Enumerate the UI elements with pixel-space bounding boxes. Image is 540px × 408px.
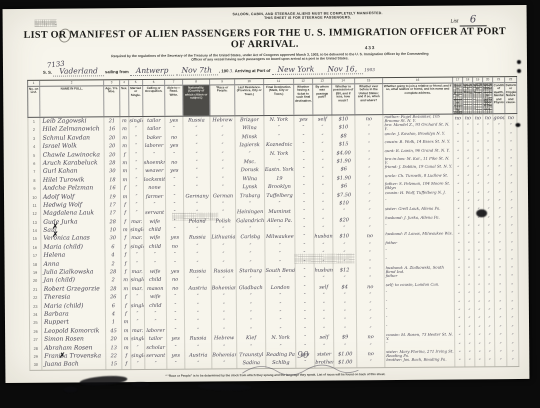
cell: mar. <box>131 268 145 277</box>
cell: ″ <box>296 317 315 326</box>
sailing-date: Nov 7th <box>176 65 218 75</box>
cell: child <box>145 276 167 285</box>
cell: ″ <box>495 341 507 349</box>
cell: 30 <box>30 361 42 369</box>
cell: ″ <box>484 240 494 248</box>
cell: ″ <box>455 307 465 315</box>
arrival-year: 1903 <box>364 67 375 72</box>
cell: ″ <box>484 148 494 156</box>
cell: Gladbach <box>237 284 266 293</box>
cell: 12 <box>29 210 41 218</box>
cell: ″ <box>455 316 465 324</box>
cell: ″ <box>265 133 295 142</box>
cell: no <box>483 114 493 122</box>
cell: ″ <box>184 226 211 235</box>
cell: 15 <box>29 235 41 243</box>
cell: m <box>121 193 130 201</box>
column-number: 17 <box>453 77 463 82</box>
cell: ″ <box>474 249 484 257</box>
cell: ″ <box>506 223 518 231</box>
cell: tailor <box>143 125 165 134</box>
ink-smudge <box>197 383 251 391</box>
cell: 14 <box>29 227 41 235</box>
cell: ″ <box>465 265 475 273</box>
cell: ″ <box>494 181 506 189</box>
cell: 11 <box>29 202 41 210</box>
cell: ″ <box>211 242 236 251</box>
cell: f <box>122 310 131 318</box>
cell: ″ <box>495 257 507 265</box>
cell: ″ <box>507 307 519 315</box>
cell: 45 <box>106 327 122 336</box>
page-title: LIST OR MANIFEST OF ALIEN PASSENGERS FOR… <box>23 26 507 52</box>
cell: 28 <box>106 285 122 294</box>
ink-blot <box>476 209 487 217</box>
cell: 28 <box>105 218 121 227</box>
paper-sheet: SALOON, CABIN, AND STEERAGE ALIENS MUST … <box>3 5 530 383</box>
cell: 22 <box>106 352 122 361</box>
cell: 6 <box>106 302 122 311</box>
cell: Tuffelberg <box>265 191 295 200</box>
cell: ″ <box>474 181 484 189</box>
cell: yes <box>167 352 185 361</box>
ink-dot <box>517 60 521 64</box>
cell: ″ <box>210 125 235 134</box>
cell: ″ <box>145 259 167 268</box>
cell: 1 <box>28 118 40 126</box>
cell: f <box>121 151 130 159</box>
cell: ″ <box>184 150 211 159</box>
cell: ″ <box>130 134 144 143</box>
cell: Bohemian <box>212 284 237 293</box>
cell: ″ <box>295 191 314 200</box>
cell: ″ <box>166 192 184 201</box>
cell: ″ <box>455 265 465 273</box>
cell: ″ <box>211 141 236 150</box>
column-number: 22 <box>505 77 517 82</box>
cell: ″ <box>465 257 475 265</box>
cell: ″ <box>464 232 474 240</box>
cell: ″ <box>465 324 475 332</box>
column-header: Age. Yrs. Mos. <box>104 86 120 116</box>
cell: 24 <box>30 311 42 319</box>
cell: 26 <box>106 293 122 302</box>
cell: Lynsk <box>236 183 265 192</box>
cell: ″ <box>474 139 484 147</box>
cell: ″ <box>483 123 493 131</box>
cell: 4 <box>105 251 121 260</box>
cell: Russia <box>183 116 210 125</box>
cell: N. York <box>265 149 295 158</box>
arriving-label: Arriving at Port of <box>235 68 271 73</box>
cell: child <box>144 226 166 235</box>
cell: ″ <box>167 310 185 319</box>
cell: ″ <box>184 133 211 142</box>
cell: yes <box>294 116 313 125</box>
cell: f <box>122 360 131 368</box>
cell: 29 <box>30 353 42 361</box>
cell: Brizgor <box>235 116 264 125</box>
cell: ″ <box>294 124 313 133</box>
cell: ″ <box>334 300 357 309</box>
cell: ″ <box>184 175 211 184</box>
stamp-smudge <box>294 253 354 263</box>
cell: ″ <box>485 324 495 332</box>
cell: ″ <box>130 251 144 260</box>
cell: f <box>121 184 130 192</box>
cell: $1.90 <box>333 174 356 183</box>
cell: ″ <box>455 341 465 349</box>
cell: 28 <box>106 268 122 277</box>
cell: ″ <box>454 173 464 181</box>
cell: no <box>166 159 184 168</box>
cell: 16 <box>105 184 121 193</box>
cell: ″ <box>166 150 184 159</box>
cell: ″ <box>484 139 494 147</box>
cell: ″ <box>167 326 185 335</box>
cell: ″ <box>356 132 384 141</box>
cell: 30 <box>105 235 121 244</box>
cell: f <box>122 293 131 301</box>
cell: ″ <box>494 190 506 198</box>
cell: ″ <box>184 142 211 151</box>
cell: 6 <box>105 243 121 252</box>
cell: ″ <box>465 316 475 324</box>
cell: ″ <box>475 307 485 315</box>
cell: ″ <box>464 207 474 215</box>
cell: ″ <box>475 332 485 340</box>
cell: ″ <box>474 223 484 231</box>
cell: $12 <box>334 266 357 275</box>
cell: ″ <box>506 181 518 189</box>
cell: ″ <box>185 309 212 318</box>
cell: $4.00 <box>333 149 356 158</box>
cell: $6 <box>333 166 356 175</box>
cell: child <box>144 243 166 252</box>
cell: ″ <box>455 257 465 265</box>
cell: ″ <box>475 316 485 324</box>
column-header: No. on List. <box>28 87 40 117</box>
cell: Russia <box>184 234 211 243</box>
cell: ″ <box>455 324 465 332</box>
cell: 21 <box>30 286 42 294</box>
cell: 5 <box>29 151 41 159</box>
cell: sister <box>315 350 334 359</box>
cell: ″ <box>266 326 296 335</box>
cell: ″ <box>506 139 518 147</box>
cell: ″ <box>296 267 315 276</box>
cell: ″ <box>484 232 494 240</box>
column-number: 10 <box>235 79 264 84</box>
cell: ″ <box>315 300 334 309</box>
cell: ″ <box>474 232 484 240</box>
column-number: 20 <box>483 77 493 82</box>
cell: ″ <box>464 215 474 223</box>
column-header: Ever in prison or almshouse, or supporte… <box>453 83 463 113</box>
cell: $9 <box>334 333 357 342</box>
cell: ″ <box>295 132 314 141</box>
cell: ″ <box>507 257 519 265</box>
cell: m <box>122 318 131 326</box>
cell: 1 <box>106 319 122 328</box>
cell: no <box>166 133 184 142</box>
cell: ″ <box>507 299 519 307</box>
cell: ″ <box>464 223 474 231</box>
cell: ″ <box>494 164 506 172</box>
cell: ″ <box>356 199 384 208</box>
cell: husband <box>315 267 334 276</box>
cell: ″ <box>185 293 212 302</box>
cell: ″ <box>237 317 266 326</box>
cell: ″ <box>295 225 314 234</box>
cell: 6 <box>29 160 41 168</box>
cell: 7 <box>29 168 41 176</box>
cell: $1.00 <box>334 350 357 359</box>
pen-x-mark: ✗ <box>59 352 65 360</box>
cell: Brooklyn <box>265 183 295 192</box>
column-header: Whether in possession of $50, and if les… <box>332 84 355 114</box>
cell: ″ <box>315 292 334 301</box>
cell: ″ <box>333 208 356 217</box>
cell: ″ <box>295 158 314 167</box>
cell: ″ <box>211 150 236 159</box>
cell: ″ <box>314 141 333 150</box>
cell: ″ <box>166 201 184 210</box>
cell: ″ <box>131 318 145 327</box>
cell: no <box>505 114 517 122</box>
cell: wife <box>144 217 166 226</box>
cell: 9 <box>29 185 41 193</box>
cell: f <box>122 260 131 268</box>
cell: $6 <box>333 182 356 191</box>
cell: f <box>121 243 130 251</box>
list-number-value: 6 <box>460 14 486 26</box>
cell: 17 <box>29 252 41 260</box>
cell: ″ <box>166 175 184 184</box>
cell: ″ <box>494 223 506 231</box>
cell: ″ <box>494 240 506 248</box>
cell: ″ <box>334 291 357 300</box>
cell: ″ <box>494 173 506 181</box>
cell: ″ <box>237 343 266 352</box>
cell: 15 <box>106 360 122 369</box>
cell: Carlsbg <box>236 233 265 242</box>
cell: ″ <box>185 301 212 310</box>
cell: ″ <box>266 292 296 301</box>
cell: tailor <box>145 335 167 344</box>
cell: no <box>356 233 384 242</box>
cell: ″ <box>454 148 464 156</box>
cell: ″ <box>145 318 167 327</box>
cell: ″ <box>144 150 166 159</box>
cell: ″ <box>507 324 519 332</box>
cell: no <box>167 284 185 293</box>
cell: ″ <box>131 344 145 353</box>
cell: ″ <box>484 190 494 198</box>
manifest-table: 12345678910111213141516171819202122No. o… <box>27 76 519 371</box>
cell: ″ <box>474 198 484 206</box>
cell: servant <box>145 352 167 361</box>
cell: ″ <box>506 248 518 256</box>
cell: ″ <box>356 182 384 191</box>
column-header: *Race or People. <box>210 85 235 115</box>
cell: ″ <box>296 334 315 343</box>
cell: ″ <box>506 240 518 248</box>
cell: yes <box>166 142 184 151</box>
cell: South Bend <box>266 267 296 276</box>
cell: laborer <box>144 142 166 151</box>
cell: ″ <box>493 123 505 131</box>
cell: shoemkr. <box>144 159 166 168</box>
column-number: 2 <box>40 80 104 86</box>
cell: 2 <box>106 260 122 269</box>
cell: mar. <box>130 218 144 227</box>
cell: ″ <box>145 360 167 369</box>
cell: 19 <box>265 175 295 184</box>
cell: ″ <box>485 274 495 282</box>
cell: m <box>121 167 130 175</box>
column-header: Calling or Occupation. <box>143 86 165 116</box>
cell: ″ <box>295 241 314 250</box>
cell: $15 <box>333 140 356 149</box>
cell: ″ <box>464 240 474 248</box>
cell: London <box>266 284 296 293</box>
cell: ″ <box>211 200 236 209</box>
cell: ″ <box>465 333 475 341</box>
cell: ″ <box>357 358 385 367</box>
cell: ″ <box>265 225 295 234</box>
cell: ″ <box>473 123 483 131</box>
cell: single <box>131 335 145 344</box>
cell: ″ <box>295 183 314 192</box>
cell: no <box>473 114 483 122</box>
cell: ″ <box>484 165 494 173</box>
cell: ″ <box>484 248 494 256</box>
cell: ″ <box>166 251 184 260</box>
column-header: Whether ever before in the United States… <box>355 84 383 114</box>
cell: ″ <box>130 151 144 160</box>
cell: ″ <box>313 124 332 133</box>
cell: single <box>131 276 145 285</box>
cell: ″ <box>265 158 295 167</box>
cell: ″ <box>314 157 333 166</box>
cell: m <box>121 134 130 142</box>
cell: Eastn. York <box>265 166 295 175</box>
cell: ″ <box>356 191 384 200</box>
cell: ″ <box>464 140 474 148</box>
cell: ″ <box>506 215 518 223</box>
cell: ″ <box>237 292 266 301</box>
cell: ″ <box>454 224 464 232</box>
cell: ″ <box>507 265 519 273</box>
cell: ″ <box>334 325 357 334</box>
cell: 17 <box>105 201 121 210</box>
cell: Msc. <box>236 158 265 167</box>
cell: ″ <box>236 225 265 234</box>
cell: ″ <box>314 174 333 183</box>
cell: ″ <box>212 318 237 327</box>
cell: ″ <box>455 299 465 307</box>
cell: ″ <box>475 299 485 307</box>
cell: ″ <box>506 156 518 164</box>
cell: 17 <box>105 209 121 218</box>
cell: 20 <box>105 142 121 151</box>
cell: ″ <box>495 349 507 357</box>
cell: ″ <box>357 300 385 309</box>
list-number: List 6 <box>451 14 487 25</box>
cell: ″ <box>295 233 314 242</box>
cell: f <box>121 235 130 243</box>
cell: ″ <box>465 299 475 307</box>
cell: ″ <box>485 307 495 315</box>
cell: ″ <box>464 165 474 173</box>
cell: ″ <box>333 241 356 250</box>
cell: ″ <box>265 250 295 259</box>
cell: ″ <box>474 165 484 173</box>
cell: ″ <box>130 184 144 193</box>
list-label: List <box>451 18 459 24</box>
sailing-year-digit: 3. <box>230 68 234 73</box>
cell: 19 <box>105 193 121 202</box>
cell: ″ <box>145 310 167 319</box>
cell: ″ <box>484 198 494 206</box>
cell: ″ <box>495 299 507 307</box>
cell: ″ <box>485 341 495 349</box>
cell: locksmith <box>144 176 166 185</box>
cell: m <box>122 344 131 352</box>
cell: 16 <box>104 126 120 135</box>
cell: ″ <box>475 358 485 366</box>
cell: laborer <box>145 327 167 336</box>
cell: ″ <box>130 176 144 185</box>
cell: Russia <box>185 267 212 276</box>
column-header: Whether having a ticket to such final de… <box>294 85 313 115</box>
cell: German <box>211 192 236 201</box>
column-number: 14 <box>332 78 355 83</box>
column-number: 4 <box>120 80 129 85</box>
cell: 8 <box>29 177 41 185</box>
printed-year: , 190 <box>219 68 228 73</box>
cell: ″ <box>474 173 484 181</box>
cell: 4 <box>106 310 122 319</box>
cell: ″ <box>236 250 265 259</box>
cell: N. York <box>264 116 294 125</box>
table-body: 1Leib Zagowski21msingletailoryesRussiaHe… <box>27 114 519 371</box>
cell: wife <box>144 234 166 243</box>
cell: f <box>122 352 131 360</box>
cell: 16 <box>29 244 41 252</box>
cell: ″ <box>334 317 357 326</box>
cell: ″ <box>266 258 296 267</box>
cell: ″ <box>237 326 266 335</box>
ink-smudge <box>79 374 128 387</box>
cell: ″ <box>495 332 507 340</box>
cell: ″ <box>484 215 494 223</box>
cell: ″ <box>334 342 357 351</box>
cell: ″ <box>465 341 475 349</box>
cell: ″ <box>184 184 211 193</box>
cell: ″ <box>494 139 506 147</box>
cell: ″ <box>454 240 464 248</box>
cell: ″ <box>475 341 485 349</box>
cell: m <box>120 125 129 133</box>
stamp-smudge <box>172 212 218 220</box>
cell: ″ <box>167 293 185 302</box>
cell: ″ <box>506 231 518 239</box>
cell: ″ <box>485 257 495 265</box>
cell: f <box>122 268 131 276</box>
cell: 18 <box>105 176 121 185</box>
